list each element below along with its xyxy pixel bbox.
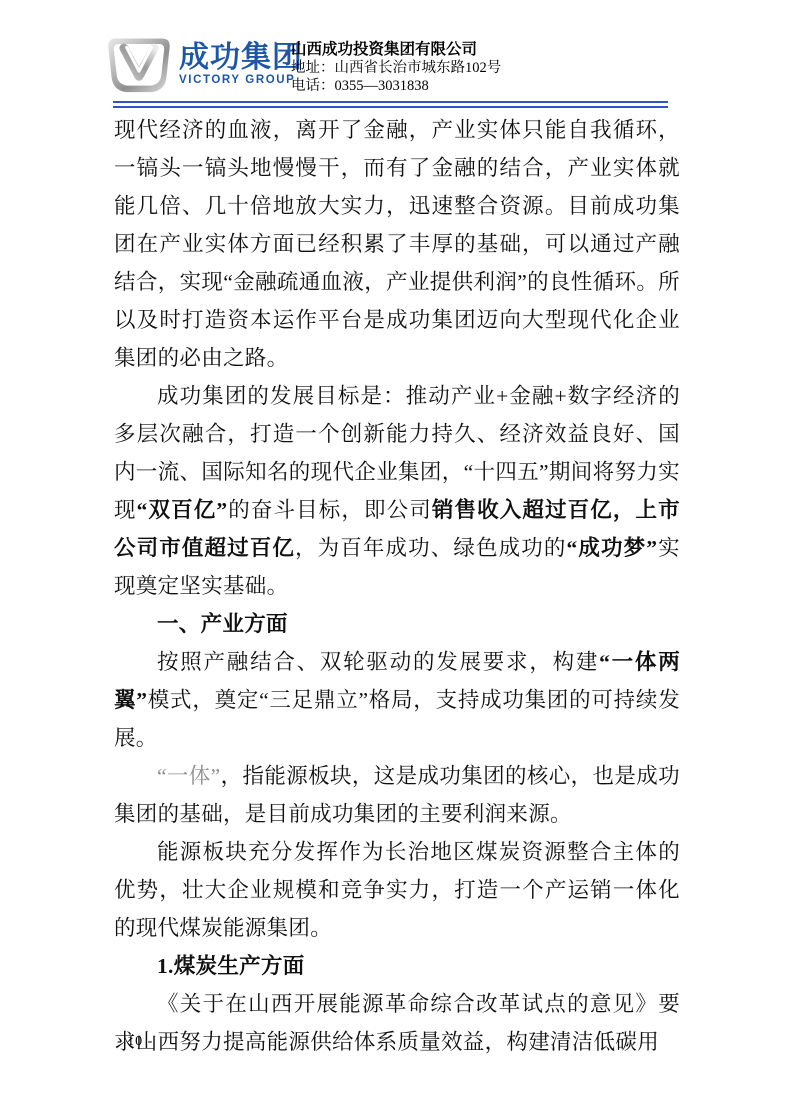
- text-segment: 1.煤炭生产方面: [157, 954, 305, 978]
- paragraph: 能源板块充分发挥作为长治地区煤炭资源整合主体的优势，壮大企业规模和竞争实力，打造…: [114, 833, 680, 947]
- text-segment: 能源板块充分发挥作为长治地区煤炭资源整合主体的优势，壮大企业规模和竞争实力，打造…: [114, 840, 680, 940]
- text-segment: 现代经济的血液，离开了金融，产业实体只能自我循环，一镐头一镐头地慢慢干，而有了金…: [114, 118, 680, 370]
- company-info: 山西成功投资集团有限公司 地址：山西省长治市城东路102号 电话：0355—30…: [291, 40, 501, 95]
- page-number: - 10 -: [117, 1034, 153, 1050]
- brand-block: 成功集团 VICTORY GROUP: [179, 42, 281, 87]
- paragraph: 《关于在山西开展能源革命综合改革试点的意见》要求山西努力提高能源供给体系质量效益…: [114, 985, 680, 1061]
- text-segment: 的奋斗目标，即公司: [227, 498, 431, 522]
- paragraph: 成功集团的发展目标是：推动产业+金融+数字经济的多层次融合，打造一个创新能力持久…: [114, 377, 680, 605]
- brand-name-en: VICTORY GROUP: [179, 74, 281, 87]
- company-address: 地址：山西省长治市城东路102号: [291, 59, 501, 77]
- text-segment: ，为百年成功、绿色成功的: [295, 536, 567, 560]
- text-segment: 一、产业方面: [157, 612, 288, 636]
- section-heading: 1.煤炭生产方面: [114, 947, 680, 985]
- text-segment: “成功梦”: [567, 536, 658, 560]
- section-heading: 一、产业方面: [114, 605, 680, 643]
- letterhead: 成功集团 VICTORY GROUP 山西成功投资集团有限公司 地址：山西省长治…: [106, 34, 501, 98]
- text-segment: 按照产融结合、双轮驱动的发展要求，构建: [157, 650, 599, 674]
- text-segment: “一体”: [157, 764, 221, 788]
- document-body: 现代经济的血液，离开了金融，产业实体只能自我循环，一镐头一镐头地慢慢干，而有了金…: [114, 111, 680, 1061]
- paragraph: 按照产融结合、双轮驱动的发展要求，构建“一体两翼”模式，奠定“三足鼎立”格局，支…: [114, 643, 680, 757]
- text-segment: “双百亿”: [137, 498, 228, 522]
- paragraph: “一体”，指能源板块，这是成功集团的核心，也是成功集团的基础，是目前成功集团的主…: [114, 757, 680, 833]
- company-name: 山西成功投资集团有限公司: [291, 40, 501, 59]
- brand-name-cn: 成功集团: [179, 42, 281, 74]
- victory-v-badge-icon: [106, 34, 172, 98]
- company-phone: 电话：0355—3031838: [291, 77, 501, 95]
- text-segment: 模式，奠定“三足鼎立”格局，支持成功集团的可持续发展。: [114, 688, 680, 750]
- paragraph: 现代经济的血液，离开了金融，产业实体只能自我循环，一镐头一镐头地慢慢干，而有了金…: [114, 111, 680, 377]
- text-segment: 《关于在山西开展能源革命综合改革试点的意见》要求山西努力提高能源供给体系质量效益…: [114, 992, 680, 1054]
- document-page: 成功集团 VICTORY GROUP 山西成功投资集团有限公司 地址：山西省长治…: [0, 0, 790, 1118]
- header-divider: [113, 101, 668, 108]
